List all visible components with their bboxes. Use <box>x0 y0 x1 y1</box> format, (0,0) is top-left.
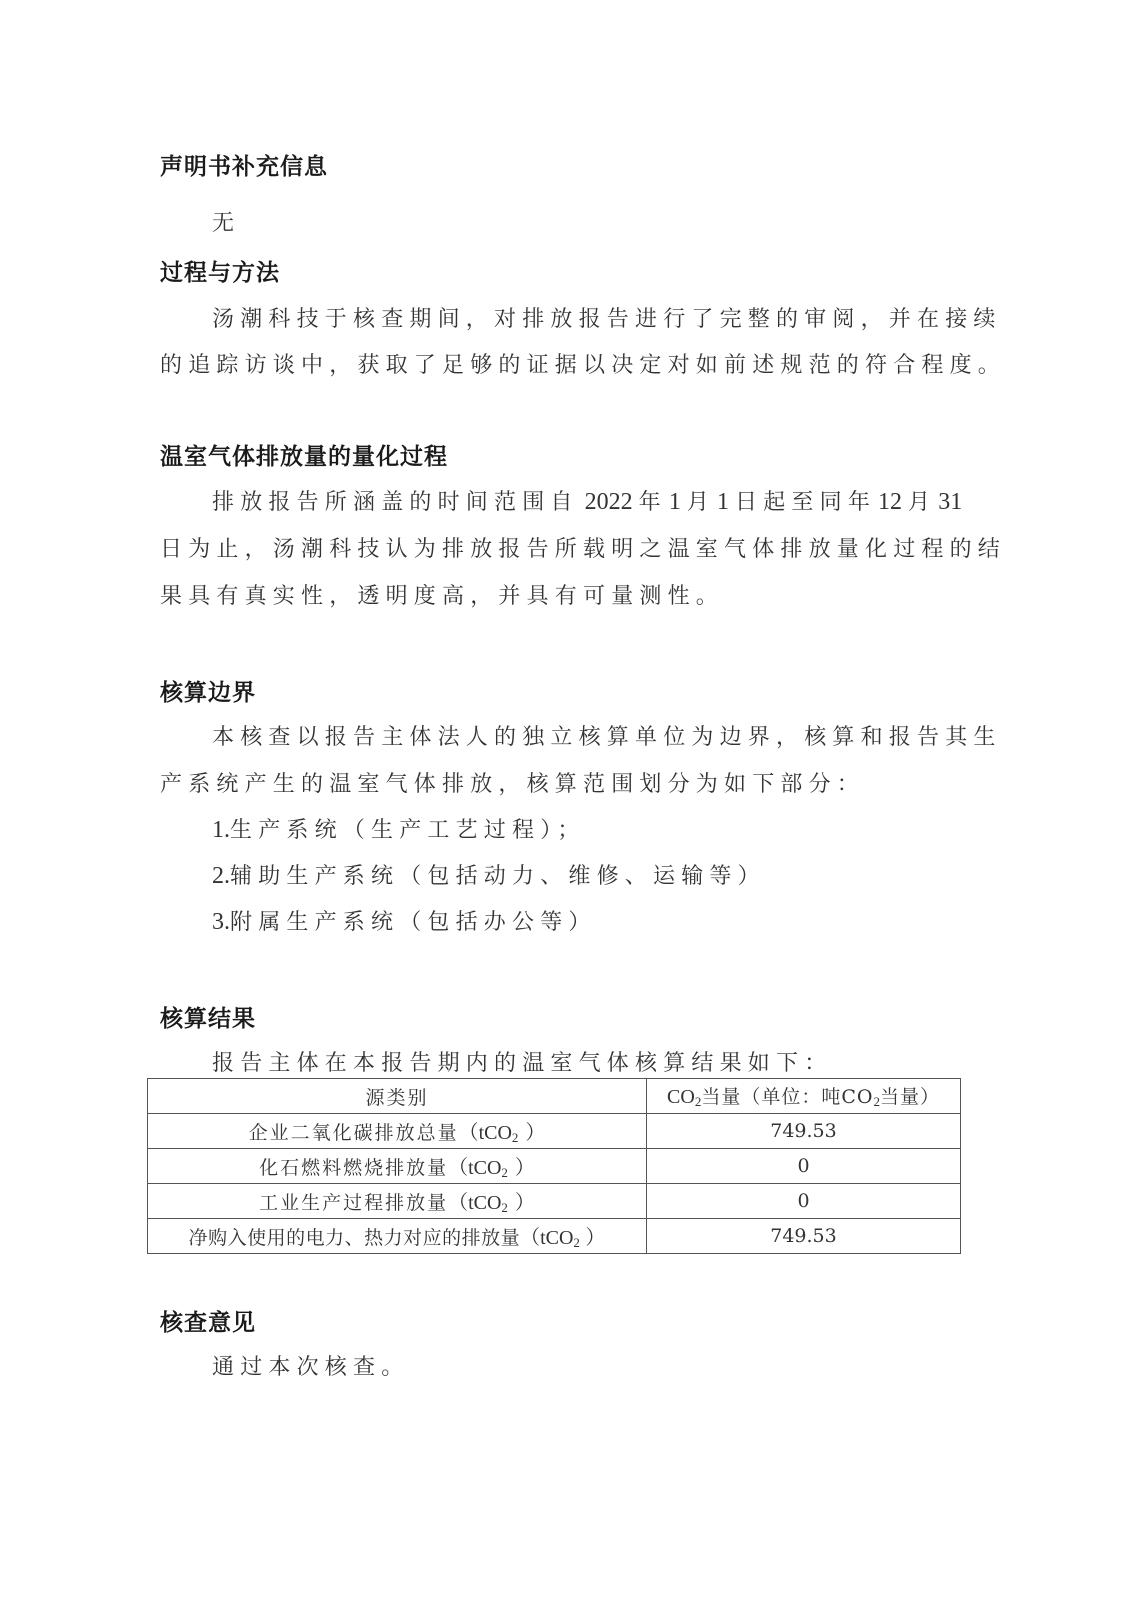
quantification-line-3: 果具有真实性，透明度高，并具有可量测性。 <box>160 579 724 610</box>
header-co2-text: CO <box>667 1086 695 1108</box>
boundary-item-1-text: 生产系统（生产工艺过程）； <box>230 818 586 843</box>
quantification-line-2: 日为止，汤潮科技认为排放报告所载明之温室气体排放量化过程的结 <box>160 532 1006 563</box>
boundary-item-2-num: 2. <box>212 863 230 889</box>
row-unit-close: ） <box>520 1122 545 1144</box>
boundary-item-2-text: 辅助生产系统（包括动力、维修、运输等） <box>230 864 766 889</box>
quant-text-d: 日起至同年 <box>735 490 876 515</box>
results-intro: 报告主体在本报告期内的温室气体核算结果如下： <box>212 1046 832 1077</box>
row-value: 0 <box>647 1149 961 1184</box>
boundary-item-2: 2.辅助生产系统（包括动力、维修、运输等） <box>212 859 766 890</box>
row-label-text: 净购入使用的电力、热力对应的排放量 <box>189 1227 521 1249</box>
quant-month-1: 1 <box>669 489 681 515</box>
boundary-item-3-num: 3. <box>212 909 230 935</box>
row-unit-subscript: 2 <box>501 1200 510 1215</box>
table-row: 企业二氧化碳排放总量（tCO2 ） 749.53 <box>148 1114 961 1149</box>
quant-day-1: 1 <box>717 489 729 515</box>
row-unit-close: ） <box>510 1157 535 1179</box>
section-heading-supplement: 声明书补充信息 <box>160 148 328 181</box>
boundary-line-2: 产系统产生的温室气体排放，核算范围划分为如下部分： <box>160 767 865 798</box>
header-unit-tail: 当量） <box>880 1086 940 1108</box>
row-unit: （tCO <box>520 1227 573 1249</box>
row-label: 净购入使用的电力、热力对应的排放量（tCO2 ） <box>148 1219 647 1254</box>
process-method-line-1: 汤潮科技于核查期间，对排放报告进行了完整的审阅，并在接续 <box>212 302 1002 333</box>
supplement-body: 无 <box>212 206 240 237</box>
quant-text-a: 排放报告所涵盖的时间范围自 <box>212 490 579 515</box>
table-header-source-category: 源类别 <box>148 1079 647 1114</box>
section-heading-boundary: 核算边界 <box>160 674 256 707</box>
quant-text-c: 月 <box>687 490 715 515</box>
quant-year: 2022 <box>585 489 633 515</box>
section-heading-opinion: 核查意见 <box>160 1304 256 1337</box>
row-unit: （tCO <box>448 1157 501 1179</box>
section-heading-results: 核算结果 <box>160 1000 256 1033</box>
quant-text-b: 年 <box>639 490 667 515</box>
quantification-line-1: 排放报告所涵盖的时间范围自2022年1月1日起至同年12月31 <box>212 485 962 516</box>
boundary-item-1-num: 1. <box>212 817 230 843</box>
row-unit: （tCO <box>448 1192 501 1214</box>
document-page: 声明书补充信息 无 过程与方法 汤潮科技于核查期间，对排放报告进行了完整的审阅，… <box>0 0 1131 1600</box>
table-row: 化石燃料燃烧排放量（tCO2 ） 0 <box>148 1149 961 1184</box>
row-label-text: 工业生产过程排放量 <box>259 1192 448 1214</box>
boundary-item-3: 3.附属生产系统（包括办公等） <box>212 905 597 936</box>
row-unit-subscript: 2 <box>501 1165 510 1180</box>
row-value: 749.53 <box>647 1114 961 1149</box>
table-header-co2-equivalent: CO2当量（单位：吨CO2当量） <box>647 1079 961 1114</box>
table-row: 工业生产过程排放量（tCO2 ） 0 <box>148 1184 961 1219</box>
opinion-body: 通过本次核查。 <box>212 1350 409 1381</box>
row-value: 0 <box>647 1184 961 1219</box>
boundary-item-1: 1.生产系统（生产工艺过程）； <box>212 813 586 844</box>
row-label: 工业生产过程排放量（tCO2 ） <box>148 1184 647 1219</box>
section-heading-process-method: 过程与方法 <box>160 254 280 287</box>
row-unit-close: ） <box>580 1227 605 1249</box>
table-header-row: 源类别 CO2当量（单位：吨CO2当量） <box>148 1079 961 1114</box>
quant-month-2: 12 <box>878 489 902 515</box>
row-value: 749.53 <box>647 1219 961 1254</box>
row-label-text: 企业二氧化碳排放总量 <box>249 1122 459 1144</box>
quant-text-e: 月 <box>908 490 936 515</box>
quant-day-2: 31 <box>938 489 962 515</box>
boundary-item-3-text: 附属生产系统（包括办公等） <box>230 910 597 935</box>
results-table: 源类别 CO2当量（单位：吨CO2当量） 企业二氧化碳排放总量（tCO2 ） 7… <box>147 1078 961 1254</box>
table-row: 净购入使用的电力、热力对应的排放量（tCO2 ） 749.53 <box>148 1219 961 1254</box>
section-heading-quantification: 温室气体排放量的量化过程 <box>160 438 448 471</box>
process-method-line-2: 的追踪访谈中，获取了足够的证据以决定对如前述规范的符合程度。 <box>160 348 1006 379</box>
row-label-text: 化石燃料燃烧排放量 <box>259 1157 448 1179</box>
boundary-line-1: 本核查以报告主体法人的独立核算单位为边界，核算和报告其生 <box>212 720 1002 751</box>
row-label: 化石燃料燃烧排放量（tCO2 ） <box>148 1149 647 1184</box>
header-unit-text: 当量（单位：吨CO <box>701 1086 873 1108</box>
row-label: 企业二氧化碳排放总量（tCO2 ） <box>148 1114 647 1149</box>
row-unit: （tCO <box>459 1122 512 1144</box>
row-unit-close: ） <box>510 1192 535 1214</box>
